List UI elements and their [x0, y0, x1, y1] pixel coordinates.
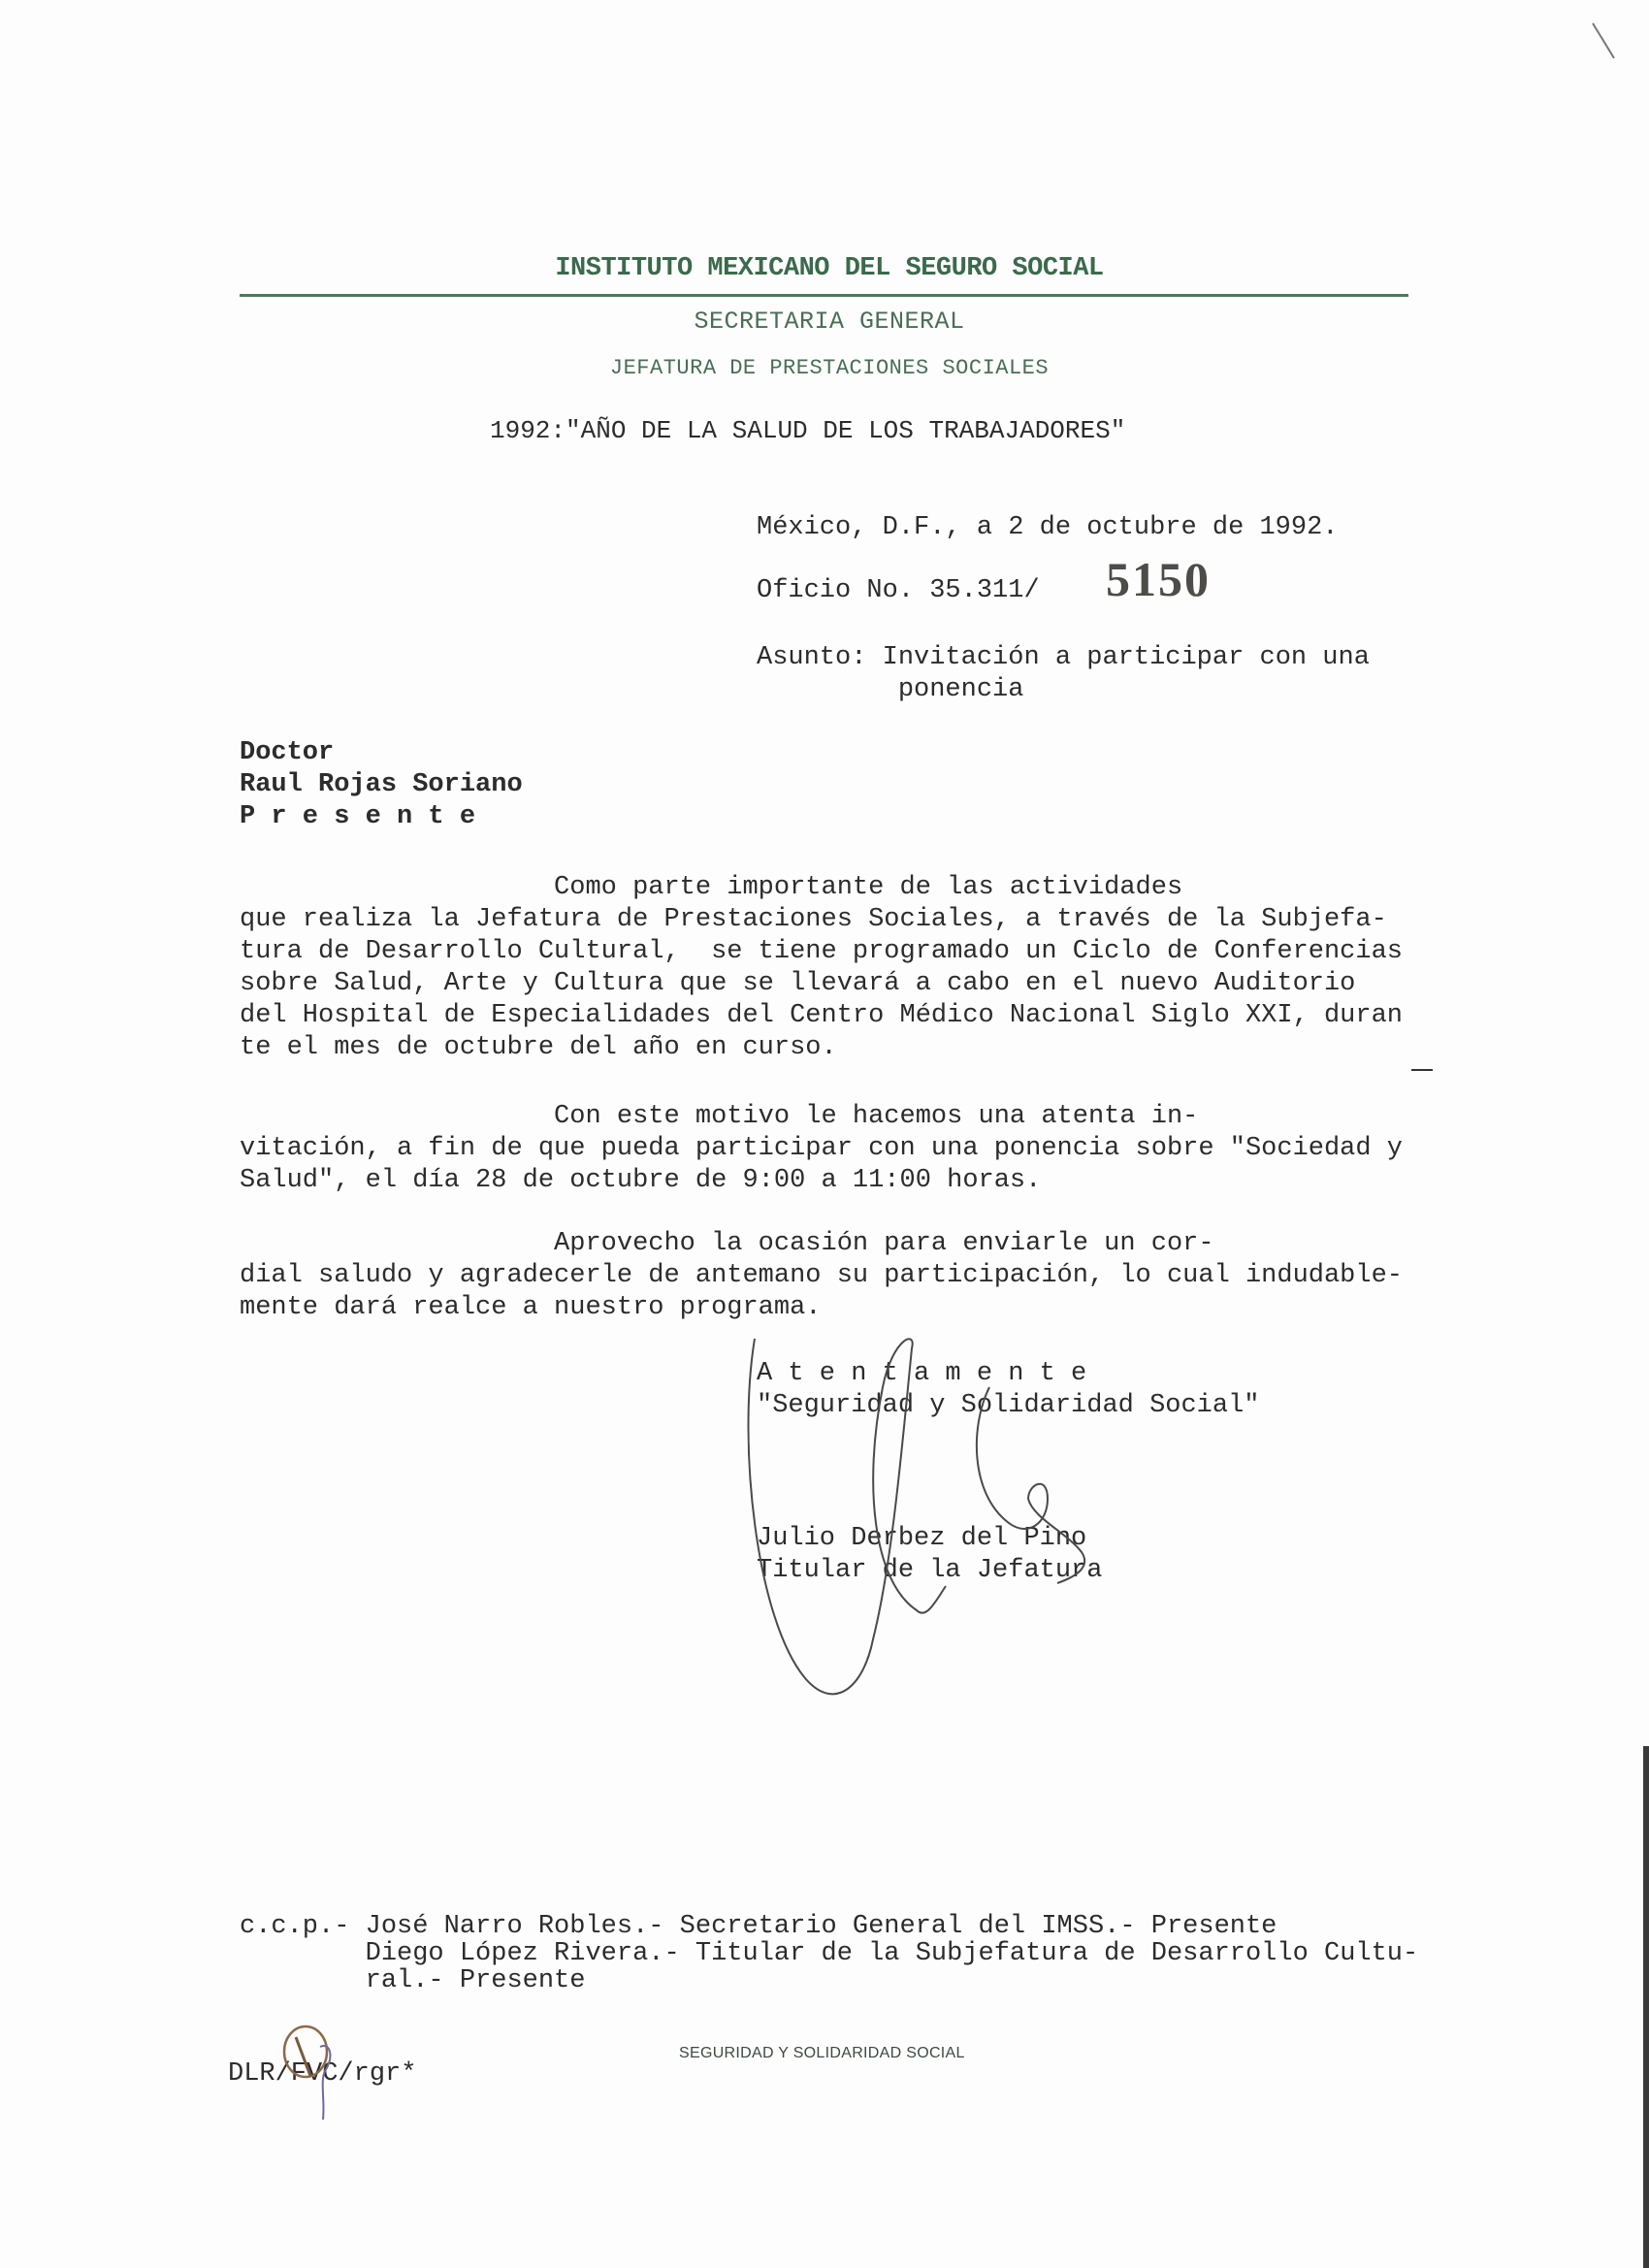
copies-indent [240, 1966, 349, 1995]
recipient-presente: P r e s e n t e [240, 801, 523, 833]
paragraph-line: vitación, a fin de que pueda participar … [240, 1133, 1403, 1165]
copies-label: c.c.p.- [240, 1912, 349, 1941]
recipient-title: Doctor [240, 737, 523, 769]
paragraph-line: dial saludo y agradecerle de antemano su… [240, 1260, 1403, 1292]
footer-motto: SEGURIDAD Y SOLIDARIDAD SOCIAL [679, 2045, 965, 2062]
oficio-stamp-number: 5150 [1106, 551, 1211, 607]
body-paragraph-3: Aprovecho la ocasión para enviarle un co… [240, 1228, 1403, 1324]
copy-line: Diego López Rivera.- Titular de la Subje… [366, 1939, 1419, 1968]
copy-line: ral.- Presente [366, 1966, 586, 1995]
paragraph-line: Con este motivo le hacemos una atenta in… [240, 1101, 1403, 1133]
paragraph-line: tura de Desarrollo Cultural, se tiene pr… [240, 936, 1403, 968]
body-paragraph-2: Con este motivo le hacemos una atenta in… [240, 1101, 1403, 1197]
paragraph-line: Como parte importante de las actividades [240, 872, 1403, 904]
letterhead-divider [240, 294, 1408, 297]
year-motto: 1992:"AÑO DE LA SALUD DE LOS TRABAJADORE… [490, 415, 1125, 447]
institution-name: INSTITUTO MEXICANO DEL SEGURO SOCIAL [242, 254, 1416, 283]
place-date: México, D.F., a 2 de octubre de 1992. [757, 512, 1339, 544]
paragraph-line: del Hospital de Especialidades del Centr… [240, 1000, 1403, 1032]
copies-block: c.c.p.- José Narro Robles.- Secretario G… [240, 1913, 1418, 1994]
subject-line-2: ponencia [898, 675, 1024, 704]
page-edge-shadow [1643, 1746, 1649, 2268]
subject-label: Asunto: [757, 643, 866, 672]
subject-indent [757, 675, 883, 704]
recipient-name: Raul Rojas Soriano [240, 769, 523, 801]
department-name: SECRETARIA GENERAL [242, 308, 1416, 336]
paragraph-line: que realiza la Jefatura de Prestaciones … [240, 904, 1403, 936]
handwritten-signature-icon [718, 1329, 1164, 1717]
paragraph-line: Aprovecho la ocasión para enviarle un co… [240, 1228, 1403, 1260]
subject-block: Asunto: Invitación a participar con una … [757, 642, 1370, 706]
paragraph-line: te el mes de octubre del año en curso. [240, 1032, 1403, 1064]
subject-line-1: Invitación a participar con una [883, 643, 1370, 672]
paragraph-line: sobre Salud, Arte y Cultura que se lleva… [240, 968, 1403, 1000]
scan-mark-icon [1591, 19, 1620, 68]
oficio-number-label: Oficio No. 35.311/ [757, 575, 1040, 607]
handwritten-initials-mark-icon [276, 2023, 354, 2129]
copies-indent [240, 1939, 349, 1968]
recipient-block: DoctorRaul Rojas SorianoP r e s e n t e [240, 737, 523, 833]
office-name: JEFATURA DE PRESTACIONES SOCIALES [242, 356, 1416, 380]
copy-line: José Narro Robles.- Secretario General d… [366, 1912, 1277, 1941]
paragraph-line: Salud", el día 28 de octubre de 9:00 a 1… [240, 1165, 1403, 1197]
hyphen-underline-mark [1411, 1069, 1433, 1071]
paragraph-line: mente dará realce a nuestro programa. [240, 1292, 1403, 1324]
body-paragraph-1: Como parte importante de las actividades… [240, 872, 1403, 1064]
